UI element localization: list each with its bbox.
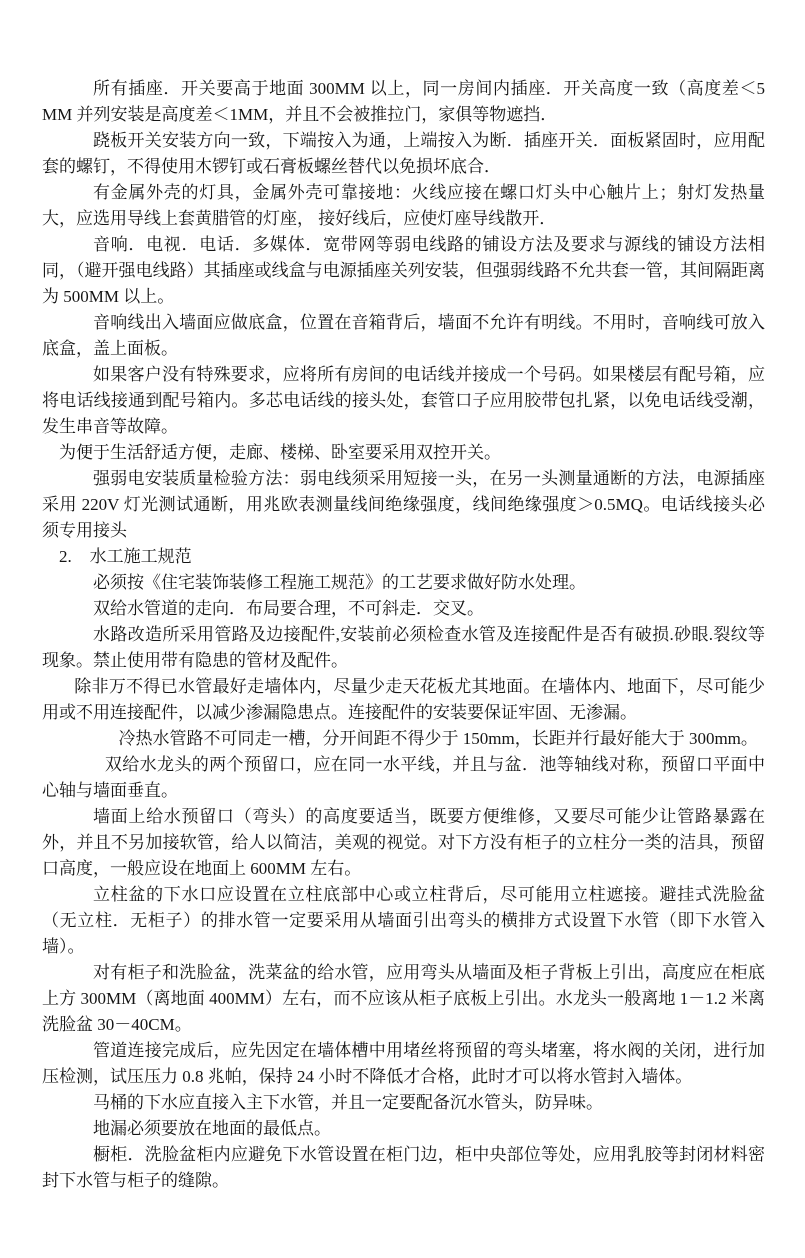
paragraph-cabinet-sealing: 橱柜．洗脸盆柜内应避免下水管设置在柜门边，柜中央部位等处，应用乳胶等封闭材料密封… — [42, 1142, 765, 1194]
section-number: 2. — [59, 547, 72, 566]
paragraph-pipe-inspection: 水路改造所采用管路及边接配件,安装前必须检查水管及连接配件是否有破损.砂眼.裂纹… — [42, 622, 765, 674]
paragraph-pipe-in-wall: 除非万不得已水管最好走墙体内，尽量少走天花板尤其地面。在墙体内、地面下，尽可能少… — [42, 674, 765, 726]
paragraph-pedestal-basin-drain: 立柱盆的下水口应设置在立柱底部中心或立柱背后，尽可能用立柱遮接。避挂式洗脸盆（无… — [42, 882, 765, 960]
section-heading-plumbing: 2.水工施工规范 — [42, 544, 765, 570]
paragraph-telephone-lines: 如果客户没有特殊要求，应将所有房间的电话线并接成一个号码。如果楼层有配号箱，应将… — [42, 362, 765, 440]
paragraph-cabinet-supply-pipe: 对有柜子和洗脸盆，洗菜盆的给水管，应用弯头从墙面及柜子背板上引出，高度应在柜底上… — [42, 960, 765, 1038]
paragraph-wall-outlet-height: 墙面上给水预留口（弯头）的高度要适当，既要方便维修，又要尽可能少让管路暴露在外，… — [42, 804, 765, 882]
paragraph-pressure-test: 管道连接完成后，应先因定在墙体槽中用堵丝将预留的弯头堵塞，将水阀的关闭，进行加压… — [42, 1038, 765, 1090]
section-title: 水工施工规范 — [90, 547, 192, 566]
paragraph-floor-drain: 地漏必须要放在地面的最低点。 — [42, 1116, 765, 1142]
paragraph-toilet-drain: 马桶的下水应直接入主下水管，并且一定要配备沉水管头，防异味。 — [42, 1090, 765, 1116]
paragraph-quality-inspection: 强弱电安装质量检验方法：弱电线须采用短接一头，在另一头测量通断的方法，电源插座采… — [42, 466, 765, 544]
paragraph-audio-wire-box: 音响线出入墙面应做底盒，位置在音箱背后，墙面不允许有明线。不用时，音响线可放入底… — [42, 310, 765, 362]
paragraph-metal-lamp-ground: 有金属外壳的灯具，金属外壳可靠接地：火线应接在螺口灯头中心触片上；射灯发热量大，… — [42, 180, 765, 232]
paragraph-pipe-layout: 双给水管道的走向．布局要合理，不可斜走．交叉。 — [42, 596, 765, 622]
paragraph-electric-sockets: 所有插座．开关要高于地面 300MM 以上，同一房间内插座．开关高度一致（高度差… — [42, 76, 765, 128]
paragraph-rocker-switch: 跷板开关安装方向一致，下端按入为通，上端按入为断．插座开关．面板紧固时，应用配套… — [42, 128, 765, 180]
paragraph-hot-cold-spacing: 冷热水管路不可同走一槽，分开间距不得少于 150mm，长距并行最好能大于 300… — [42, 726, 765, 752]
paragraph-double-control-switch: 为便于生活舒适方便，走廊、楼梯、卧室要采用双控开关。 — [42, 440, 765, 466]
document-page: 所有插座．开关要高于地面 300MM 以上，同一房间内插座．开关高度一致（高度差… — [0, 0, 805, 1258]
paragraph-weak-current-lines: 音响．电视．电话．多媒体．宽带网等弱电线路的铺设方法及要求与源线的铺设方法相同，… — [42, 232, 765, 310]
paragraph-waterproof-standard: 必须按《住宅装饰装修工程施工规范》的工艺要求做好防水处理。 — [42, 570, 765, 596]
paragraph-double-faucet: 双给水龙头的两个预留口，应在同一水平线，并且与盆．池等轴线对称，预留口平面中心轴… — [42, 752, 765, 804]
